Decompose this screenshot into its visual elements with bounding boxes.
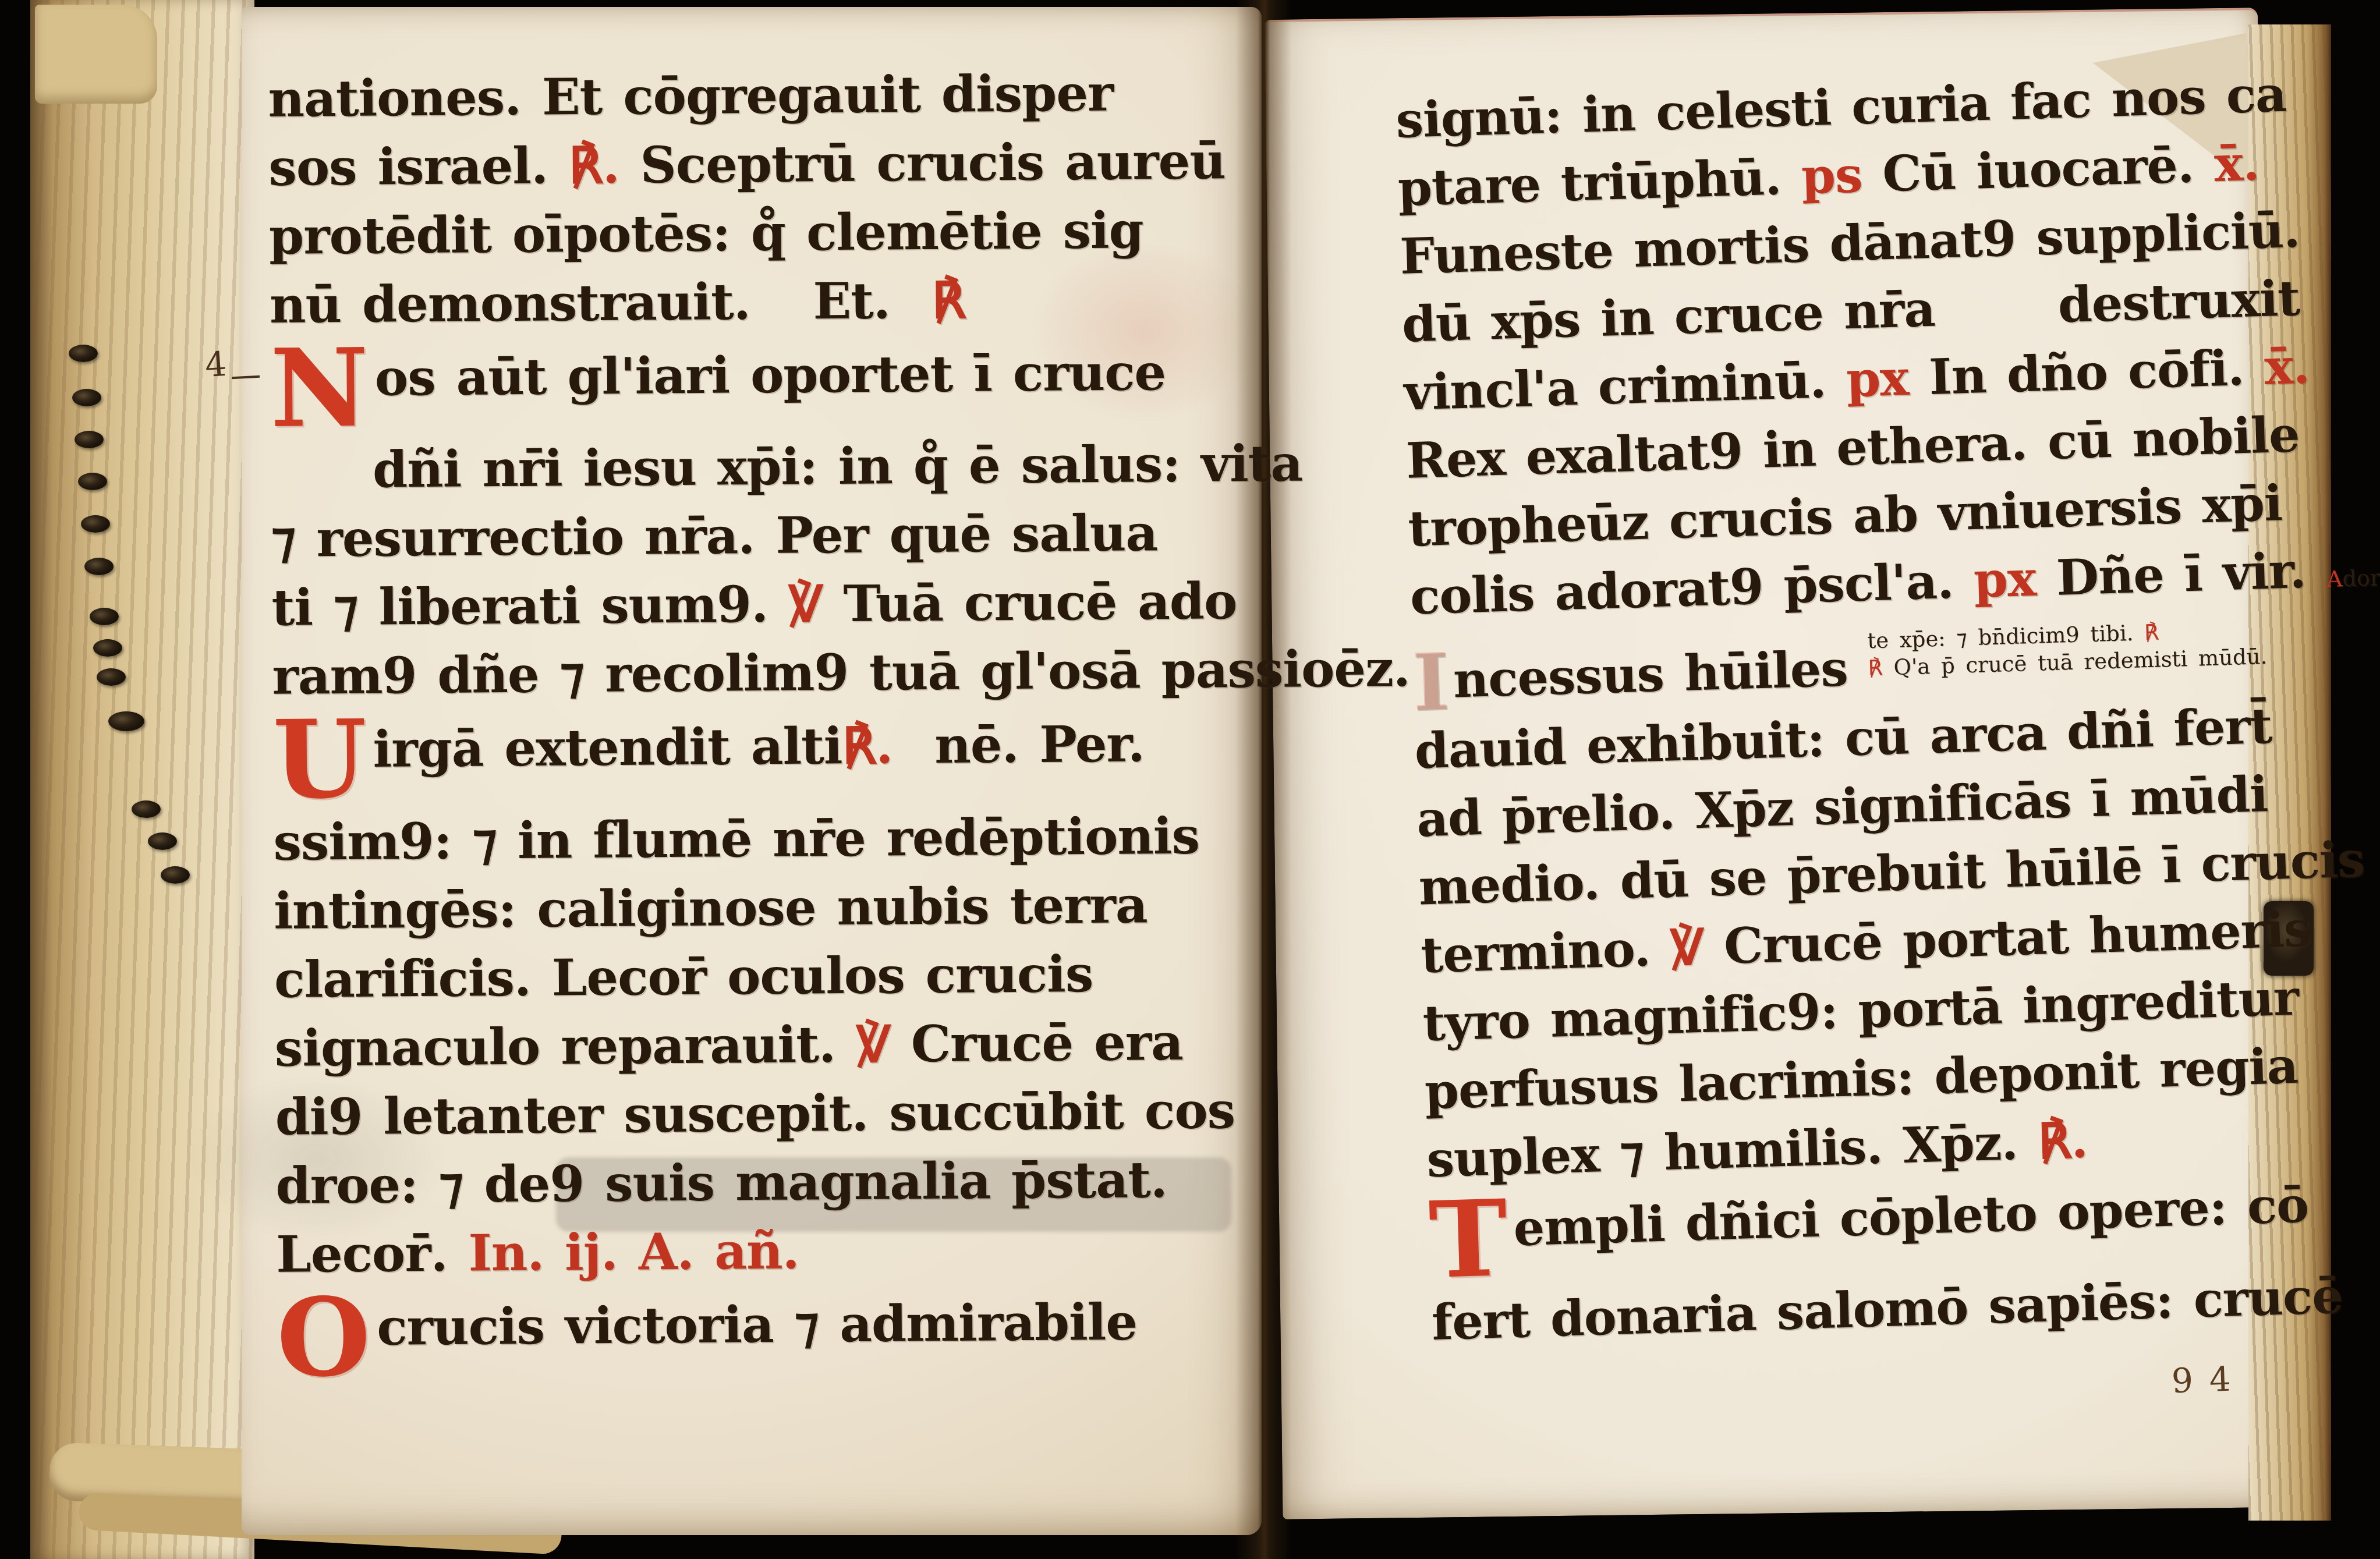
text-line: droe: ⁊ de9 suis magnalia p̄stat. <box>275 1145 1254 1221</box>
text-line: Nos aūt gl'iari oportet ī cruce <box>270 333 1248 437</box>
text-segment: dñi nr̄i iesu xp̄i: in q̊ ē salus: vita <box>373 434 1303 499</box>
text-segment: O <box>277 1288 377 1386</box>
folio-number: 4 <box>204 344 228 385</box>
text-line: clarificis. Lecor̄ oculos crucis <box>274 939 1253 1015</box>
text-segment: droe: ⁊ de9 suis magnalia p̄stat. <box>275 1150 1167 1216</box>
text-segment: N <box>270 339 375 437</box>
text-segment: T <box>1428 1191 1515 1288</box>
text-line: ⁊ resurrectio nr̄a. Per quē salua <box>271 499 1249 575</box>
text-segment: ps <box>1801 145 1883 205</box>
binding-knob <box>90 608 119 625</box>
text-segment: nationes. Et cōgregauit disper <box>268 64 1113 129</box>
text-segment: ℣ <box>788 575 843 634</box>
text-segment: I <box>1412 648 1454 717</box>
binding-knob <box>81 515 110 533</box>
text-line: intingēs: caliginose nubis terra <box>274 870 1252 946</box>
text-line: dñi nr̄i iesu xp̄i: in q̊ ē salus: vita <box>271 430 1249 506</box>
text-line: signaculo reparauit. ℣ Crucē era <box>274 1008 1253 1083</box>
text-segment: ssim9: ⁊ in flumē nr̄e redēptionis <box>273 807 1199 872</box>
cover-corner <box>35 5 157 104</box>
text-segment: clarificis. Lecor̄ oculos crucis <box>274 945 1093 1009</box>
text-segment: px <box>1846 348 1930 408</box>
text-segment: ℟. <box>842 717 892 776</box>
text-segment: ⁊ resurrectio nr̄a. Per quē salua <box>271 504 1157 569</box>
binding-knob <box>132 800 161 818</box>
text-segment: Dñe ī vir. <box>2056 541 2327 607</box>
text-line: ssim9: ⁊ in flumē nr̄e redēptionis <box>273 802 1252 877</box>
text-segment: os aūt gl'iari oportet ī cruce <box>375 343 1166 407</box>
text-segment: A <box>2326 566 2343 592</box>
text-segment: ℣ <box>1670 917 1725 977</box>
text-segment: protēdit oīpotēs: q̊ clemētie sig <box>269 201 1143 265</box>
text-line: protēdit oīpotēs: q̊ clemētie sig <box>269 196 1248 271</box>
text-segment: ℟. <box>568 136 640 195</box>
left-binding-edge <box>30 0 254 1559</box>
text-segment: Tuā crucē ado <box>843 572 1237 634</box>
binding-knob <box>84 558 114 575</box>
text-segment: Crucē portat humeris <box>1723 900 2312 975</box>
text-segment: sos israel. <box>268 136 569 197</box>
right-page-text: signū: in celesti curia fac nos captare … <box>1395 61 2305 1356</box>
text-segment: ℣ <box>856 1015 911 1074</box>
binding-knob <box>78 473 107 490</box>
text-segment: ℟. <box>2037 1111 2088 1170</box>
text-segment: Crucē era <box>911 1013 1183 1073</box>
text-line: nū demonstrauit. Et. ℟ <box>270 264 1248 340</box>
text-segment: In. ij. A. añ. <box>468 1221 799 1282</box>
text-segment: x̄. <box>2264 337 2310 396</box>
text-line: Lecor̄. In. ij. A. añ. <box>276 1214 1255 1289</box>
text-segment: crucis victoria ⁊ admirabile <box>377 1293 1137 1357</box>
text-segment: ram9 dñe ⁊ recolim9 tuā gl'osā passioēz. <box>272 640 1410 707</box>
binding-knob <box>148 832 177 850</box>
binding-knob <box>72 389 101 406</box>
text-segment: ℟ <box>1868 655 1894 681</box>
binding-knob <box>97 668 126 686</box>
text-segment: signaculo reparauit. <box>275 1015 857 1078</box>
text-segment: In dño cōfi. <box>1928 338 2265 406</box>
interlinear-gloss: te xp̄e: ⁊ bn̄dicim9 tibi. ℟℟ Q'a p̄ cru… <box>1867 615 2268 682</box>
text-line: Uirgā extendit alti℟. nē. Per. <box>272 705 1251 809</box>
text-segment: termino. <box>1420 919 1671 984</box>
text-segment: empli dñici cōpleto opere: cō <box>1513 1176 2309 1257</box>
binding-knob <box>69 345 98 362</box>
text-line: ti ⁊ liberati sum9. ℣ Tuā crucē ado <box>271 568 1250 643</box>
text-segment: irgā extendit alti <box>373 717 842 779</box>
text-line: di9 letanter suscepit. succūbit cos <box>275 1076 1253 1152</box>
text-segment: ptare triūphū. <box>1397 147 1802 217</box>
binding-knob <box>93 639 122 657</box>
text-segment: Cū iuocarē. <box>1882 135 2215 203</box>
text-segment: intingēs: caliginose nubis terra <box>274 876 1147 940</box>
left-page-text: nationes. Et cōgregauit dispersos israel… <box>268 58 1255 1386</box>
binding-knob <box>75 431 104 448</box>
text-segment: ncessus hūiles <box>1453 639 1869 708</box>
text-segment: ℟ <box>2144 619 2160 645</box>
text-line: sos israel. ℟. Sceptrū crucis aureū <box>268 127 1247 203</box>
text-segment: ti ⁊ liberati sum9. <box>271 575 789 637</box>
page-number: 94 <box>2171 1359 2248 1401</box>
binding-knob <box>161 866 190 884</box>
text-segment: nē. Per. <box>892 715 1145 775</box>
text-segment: colis adorat9 p̄scl'a. <box>1409 551 1975 626</box>
text-segment: U <box>272 711 373 809</box>
text-segment: di9 letanter suscepit. succūbit cos <box>275 1081 1235 1147</box>
text-line: Ocrucis victoria ⁊ admirabile <box>277 1282 1255 1386</box>
text-segment: Sceptrū crucis aureū <box>640 132 1226 194</box>
binding-knob <box>108 711 144 731</box>
text-segment: doram9 <box>2342 564 2380 591</box>
text-segment: nū demonstrauit. Et. <box>270 271 932 335</box>
text-segment: suplex ⁊ humilis. Xp̄z. <box>1426 1112 2039 1188</box>
text-line: ram9 dñe ⁊ recolim9 tuā gl'osā passioēz. <box>272 636 1251 712</box>
manuscript-photo: nationes. Et cōgregauit dispersos israel… <box>0 0 2380 1559</box>
text-line: nationes. Et cōgregauit disper <box>268 58 1246 134</box>
text-segment: ℟ <box>932 271 966 330</box>
text-segment: px <box>1973 549 2057 609</box>
text-segment: vincl'a criminū. <box>1403 350 1847 421</box>
text-segment: x̄. <box>2213 134 2260 193</box>
